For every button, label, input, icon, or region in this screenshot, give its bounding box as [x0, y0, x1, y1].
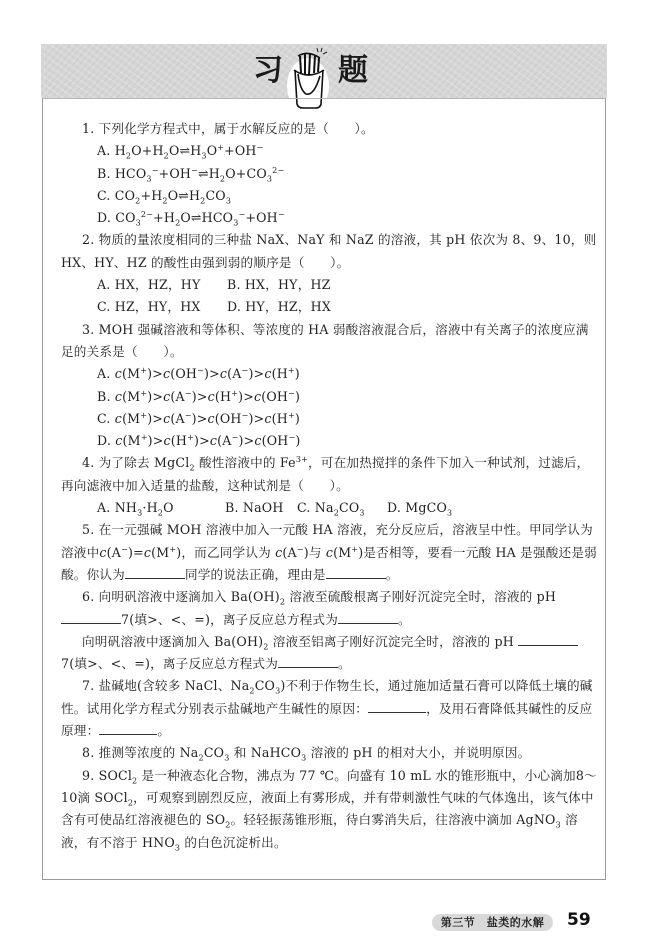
question-text: 推测等浓度的 Na2CO3 和 NaHCO3 溶液的 pH 的相对大小，并说明原… [99, 745, 531, 760]
question-text: 物质的量浓度相同的三种盐 NaX、NaY 和 NaZ 的溶液，其 pH 依次为 … [61, 232, 596, 269]
option-a: A. H2O+H2O⇌H3O++OH− [61, 140, 601, 162]
option-d: D. HY，HZ，HX [227, 296, 357, 318]
question-9: 9. SOCl2 是一种液态化合物，沸点为 77 ℃。向盛有 10 mL 水的锥… [61, 765, 601, 854]
question-number: 8. [82, 745, 99, 760]
option-b: B. c(M+)>c(A−)>c(H+)>c(OH−) [61, 386, 601, 408]
question-text: 为了除去 MgCl2 酸性溶液中的 Fe3+，可在加热搅拌的条件下加入一种试剂，… [61, 455, 589, 492]
question-number: 5. [82, 522, 99, 537]
question-6: 6. 向明矾溶液中逐滴加入 Ba(OH)2 溶液至硫酸根离子刚好沉淀完全时，溶液… [61, 586, 601, 631]
option-d: D. MgCO3 [387, 497, 477, 519]
banner-title-left: 习 [253, 56, 283, 86]
question-6-part-2: 向明矾溶液中逐滴加入 Ba(OH)2 溶液至铝离子刚好沉淀完全时，溶液的 pH … [61, 631, 601, 676]
question-number: 4. [82, 455, 99, 470]
question-text: 在一元强碱 MOH 溶液中加入一元酸 HA 溶液，充分反应后，溶液呈中性。甲同学… [61, 522, 597, 582]
option-a: A. HX，HZ，HY [97, 274, 227, 296]
option-c: C. HZ，HY，HX [97, 296, 227, 318]
question-text: 向明矾溶液中逐滴加入 Ba(OH)2 溶液至硫酸根离子刚好沉淀完全时，溶液的 p… [61, 589, 556, 626]
question-7: 7. 盐碱地(含较多 NaCl、Na2CO3)不利于作物生长，通过施加适量石膏可… [61, 675, 601, 742]
question-text: 盐碱地(含较多 NaCl、Na2CO3)不利于作物生长，通过施加适量石膏可以降低… [61, 678, 593, 738]
option-b: B. HCO3−+OH−⇌H2O+CO32− [61, 163, 601, 185]
option-c: C. Na2CO3 [297, 497, 387, 519]
banner-title-right: 题 [338, 56, 368, 86]
section-label: 第三节 盐类的水解 [432, 914, 553, 931]
option-c: C. CO2+H2O⇌H2CO3 [61, 185, 601, 207]
page-number: 59 [567, 910, 591, 930]
question-text: MOH 强碱溶液和等体积、等浓度的 HA 弱酸溶液混合后，溶液中有关离子的浓度应… [61, 322, 589, 359]
option-b: B. HX，HY，HZ [227, 274, 357, 296]
question-list: 1. 下列化学方程式中，属于水解反应的是（ ）。A. H2O+H2O⇌H3O++… [61, 118, 601, 854]
question-number: 2. [82, 232, 99, 247]
question-number: 1. [82, 121, 99, 136]
option-row: A. HX，HZ，HYB. HX，HY，HZ [61, 274, 601, 296]
option-d: D. CO32−+H2O⇌HCO3−+OH− [61, 207, 601, 229]
option-row: A. NH3·H2OB. NaOHC. Na2CO3D. MgCO3 [61, 497, 601, 519]
question-number: 3. [82, 322, 99, 337]
question-2: 2. 物质的量浓度相同的三种盐 NaX、NaY 和 NaZ 的溶液，其 pH 依… [61, 229, 601, 274]
option-d: D. c(M+)>c(H+)>c(A−)>c(OH−) [61, 430, 601, 452]
option-a: A. NH3·H2O [97, 497, 225, 519]
question-number: 7. [82, 678, 99, 693]
question-1: 1. 下列化学方程式中，属于水解反应的是（ ）。 [61, 118, 601, 140]
exercise-banner: 习 题 [41, 44, 607, 98]
question-4: 4. 为了除去 MgCl2 酸性溶液中的 Fe3+，可在加热搅拌的条件下加入一种… [61, 452, 601, 497]
question-number: 9. [82, 768, 99, 783]
question-text: SOCl2 是一种液态化合物，沸点为 77 ℃。向盛有 10 mL 水的锥形瓶中… [61, 768, 597, 850]
question-number: 6. [82, 589, 99, 604]
option-c: C. c(M+)>c(A−)>c(OH−)>c(H+) [61, 408, 601, 430]
question-8: 8. 推测等浓度的 Na2CO3 和 NaHCO3 溶液的 pH 的相对大小，并… [61, 742, 601, 764]
question-5: 5. 在一元强碱 MOH 溶液中加入一元酸 HA 溶液，充分反应后，溶液呈中性。… [61, 519, 601, 586]
question-3: 3. MOH 强碱溶液和等体积、等浓度的 HA 弱酸溶液混合后，溶液中有关离子的… [61, 319, 601, 364]
option-a: A. c(M+)>c(OH−)>c(A−)>c(H+) [61, 363, 601, 385]
question-text: 下列化学方程式中，属于水解反应的是（ ）。 [99, 121, 374, 136]
option-row: C. HZ，HY，HXD. HY，HZ，HX [61, 296, 601, 318]
option-b: B. NaOH [225, 497, 297, 519]
